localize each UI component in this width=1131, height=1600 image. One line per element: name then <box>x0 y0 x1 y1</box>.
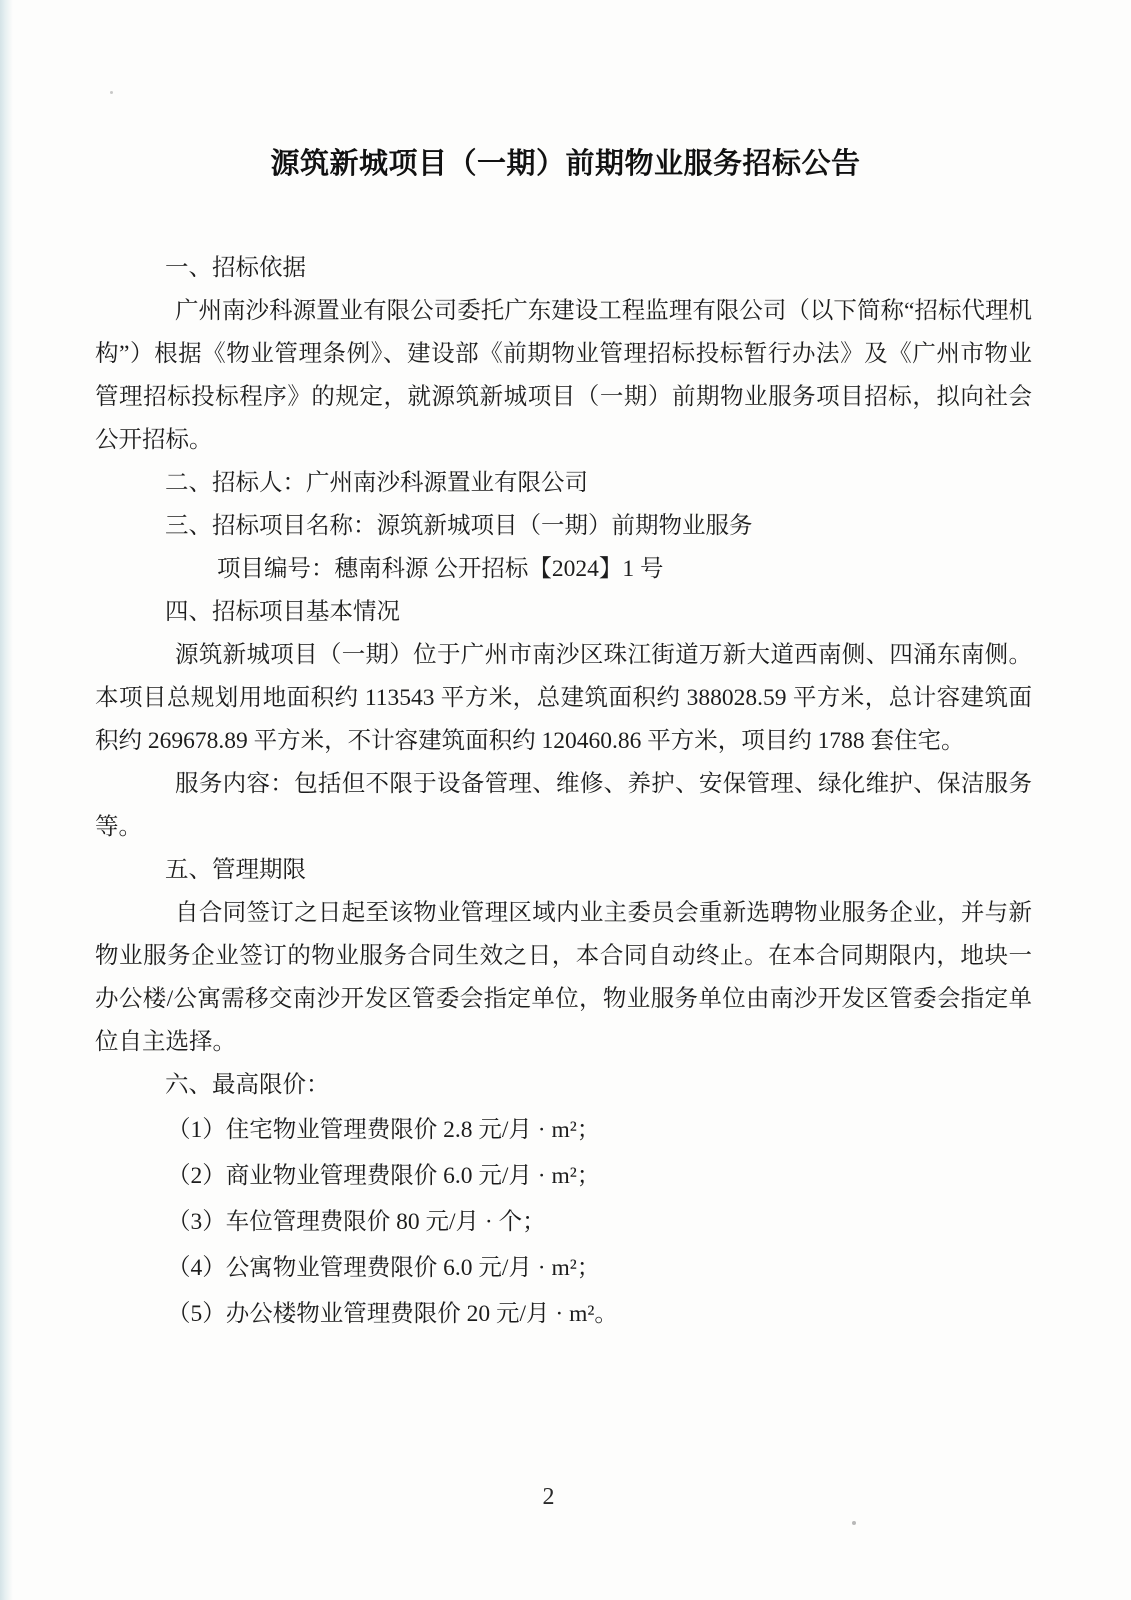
paragraph-management-term: 自合同签订之日起至该物业管理区域内业主委员会重新选聘物业服务企业，并与新物业服务… <box>95 892 1032 1064</box>
page-number: 2 <box>0 1484 1114 1511</box>
section-heading-6: 六、最高限价： <box>95 1064 1032 1107</box>
price-list-item-5: （5）办公楼物业管理费限价 20 元/月 · m²。 <box>95 1291 1032 1337</box>
price-list-item-3: （3）车位管理费限价 80 元/月 · 个； <box>95 1199 1032 1245</box>
scan-edge-artifact <box>0 0 13 1600</box>
price-list-item-1: （1）住宅物业管理费限价 2.8 元/月 · m²； <box>95 1107 1032 1153</box>
section-heading-1: 一、招标依据 <box>95 247 1032 290</box>
section-heading-4: 四、招标项目基本情况 <box>95 591 1032 634</box>
page-title: 源筑新城项目（一期）前期物业服务招标公告 <box>0 141 1131 182</box>
price-list-item-2: （2）商业物业管理费限价 6.0 元/月 · m²； <box>95 1153 1032 1199</box>
document-page: 源筑新城项目（一期）前期物业服务招标公告 一、招标依据 广州南沙科源置业有限公司… <box>0 0 1131 1600</box>
section-heading-2: 二、招标人：广州南沙科源置业有限公司 <box>95 462 1032 505</box>
paragraph-service-content: 服务内容：包括但不限于设备管理、维修、养护、安保管理、绿化维护、保洁服务等。 <box>95 763 1032 849</box>
paragraph-bidding-basis: 广州南沙科源置业有限公司委托广东建设工程监理有限公司（以下简称“招标代理机构”）… <box>95 290 1032 462</box>
section-heading-5: 五、管理期限 <box>95 849 1032 892</box>
scan-speck <box>852 1521 856 1525</box>
document-body: 一、招标依据 广州南沙科源置业有限公司委托广东建设工程监理有限公司（以下简称“招… <box>95 247 1032 1337</box>
price-list-item-4: （4）公寓物业管理费限价 6.0 元/月 · m²； <box>95 1245 1032 1291</box>
scan-speck <box>110 91 113 94</box>
project-number-line: 项目编号：穗南科源 公开招标【2024】1 号 <box>95 548 1032 591</box>
paragraph-project-overview: 源筑新城项目（一期）位于广州市南沙区珠江街道万新大道西南侧、四涌东南侧。本项目总… <box>95 634 1032 763</box>
section-heading-3: 三、招标项目名称：源筑新城项目（一期）前期物业服务 <box>95 505 1032 548</box>
